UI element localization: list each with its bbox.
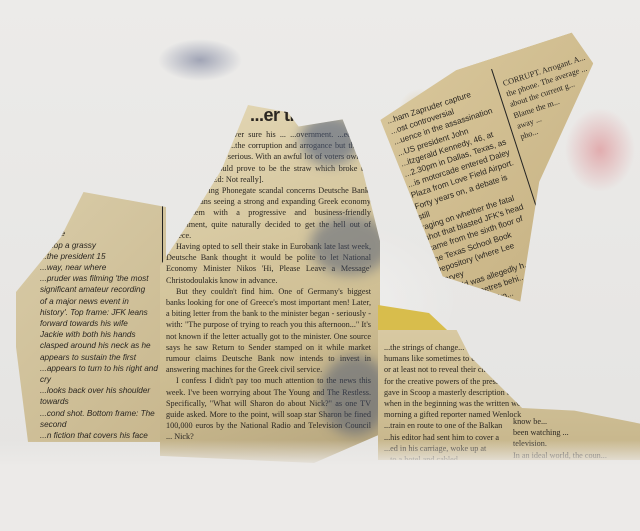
blue-paint-smudge	[310, 215, 380, 275]
text-line: morning a gifted reporter named Wenlock	[384, 409, 534, 420]
text-line: when in the beginning was the written wo…	[384, 398, 534, 409]
caption-line: ...pruder was filming 'the most	[40, 273, 158, 284]
caption-line: Jackie with both his hands	[40, 329, 158, 340]
jfk-caption-text: ...ding) ...d the ...a the ...atop a gra…	[40, 206, 158, 442]
caption-line: history'. Top frame: JFK leans	[40, 307, 158, 318]
text-line: been watching ...	[513, 427, 638, 438]
caption-line: significant amateur recording	[40, 284, 158, 295]
caption-line: appears to sustain the first	[40, 352, 158, 363]
caption-line: forward towards his wife	[40, 318, 158, 329]
caption-line: ...the president 15	[40, 251, 158, 262]
caption-line: clasped around his neck as he	[40, 340, 158, 351]
caption-line: of a major news event in	[40, 296, 158, 307]
caption-line: ...atop a grassy	[40, 240, 158, 251]
text-line: ...train en route to one of the Balkan	[384, 420, 534, 431]
white-paint-wash	[0, 440, 640, 531]
caption-line: ...looks back over his shoulder towards	[40, 385, 158, 407]
caption-line: ...way, near where	[40, 262, 158, 273]
caption-line: ...appears to turn to his right and cry	[40, 363, 158, 385]
caption-line: ...cond shot. Bottom frame: The second	[40, 408, 158, 430]
